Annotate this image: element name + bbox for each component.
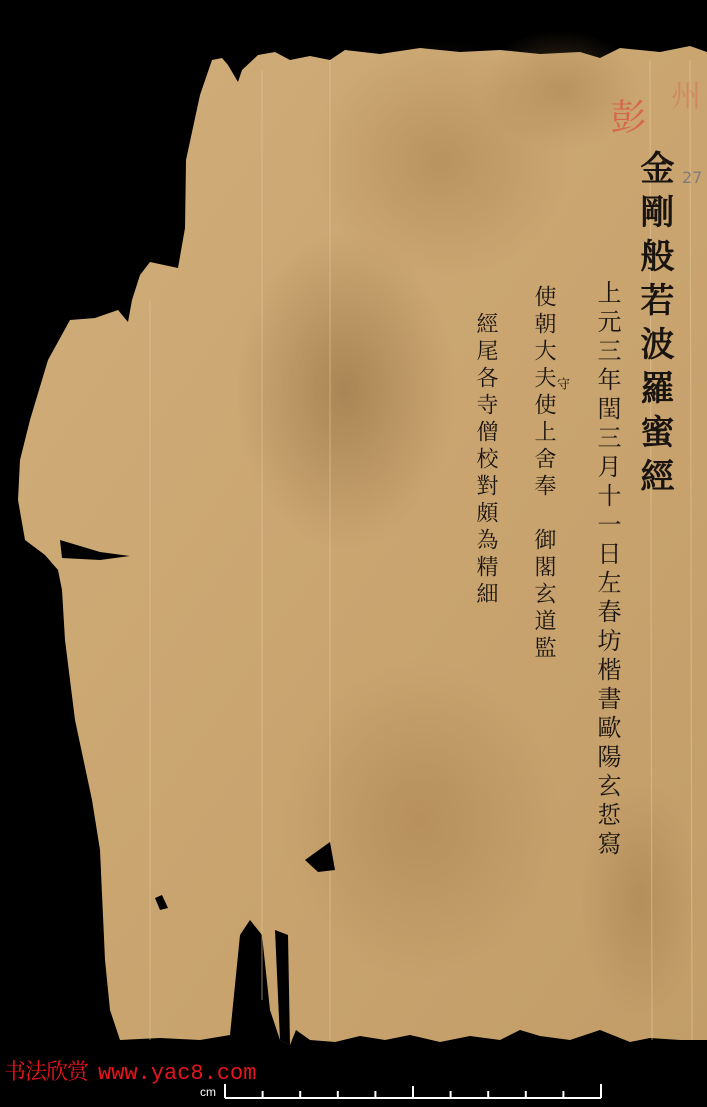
manuscript-text: 彭 州 27 金剛般若波羅蜜經 上元三年閏三月十一日左春坊楷書歐陽玄悊寫 使朝大… — [0, 0, 707, 1050]
red-mark-1: 彭 — [600, 98, 651, 134]
catalog-mark: 27 — [682, 168, 702, 187]
red-mark-2: 州 — [660, 80, 704, 110]
watermark-chinese: 书法欣赏 — [4, 1060, 88, 1085]
scale-ruler — [200, 1078, 680, 1103]
scale-bar: cm — [200, 1078, 680, 1103]
colophon-line-3: 經尾各寺僧校對頗為精細 — [470, 312, 501, 609]
colophon-line-1: 上元三年閏三月十一日左春坊楷書歐陽玄悊寫 — [590, 280, 625, 860]
sutra-title: 金剛般若波羅蜜經 — [630, 150, 679, 502]
colophon-line-2: 使朝大夫使上舍奉 御閣玄道監 — [528, 285, 559, 705]
interlinear-note: 守 — [552, 377, 571, 390]
